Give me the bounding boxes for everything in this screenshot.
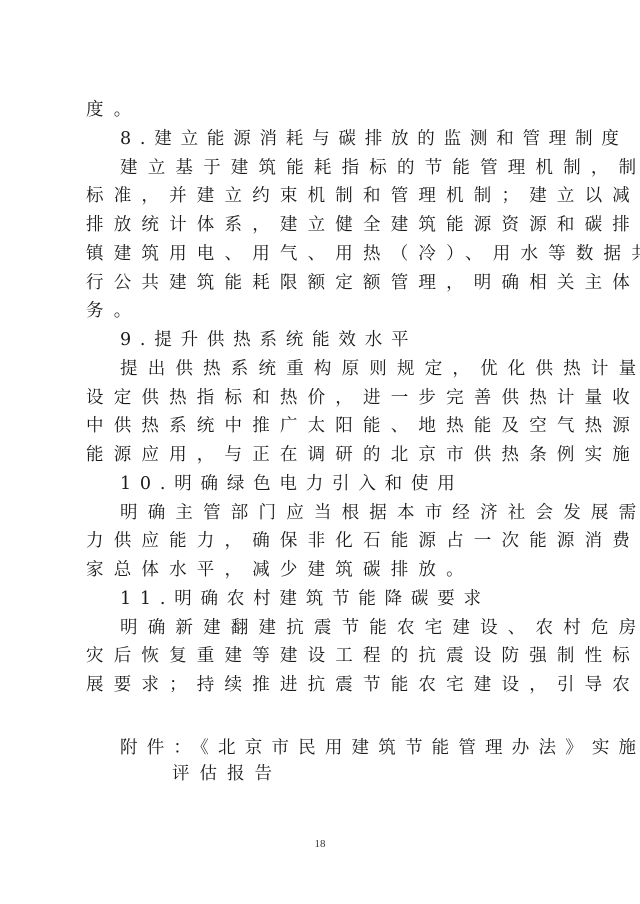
document-page: 度。 8.建立能源消耗与碳排放的监测和管理制度 建立基于建筑能耗指标的节能管理机… xyxy=(0,0,640,904)
page-number: 18 xyxy=(0,838,640,850)
text-line: 度。 xyxy=(86,100,566,120)
paragraph-line: 家总体水平，减少建筑碳排放。 xyxy=(86,560,566,580)
paragraph-line: 标准，并建立约束机制和管理机制；建立以减碳为核心的建筑碳 xyxy=(86,186,566,206)
paragraph-line: 建立基于建筑能耗指标的节能管理机制，制定我市建筑能耗 xyxy=(120,158,600,178)
paragraph-line: 中供热系统中推广太阳能、地热能及空气热源等新能源和可再生 xyxy=(86,416,566,436)
paragraph-line: 行公共建筑能耗限额定额管理，明确相关主体配合提供数据的义 xyxy=(86,273,566,293)
attachment-title: 附件：《北京市民用建筑节能管理办法》实施效果 xyxy=(120,738,600,758)
paragraph-line: 镇建筑用电、用气、用热（冷）、用水等数据共享机制；推广实 xyxy=(86,244,566,264)
section-heading-11: 11.明确农村建筑节能降碳要求 xyxy=(120,589,600,609)
paragraph-line: 务。 xyxy=(86,301,566,321)
section-heading-9: 9.提升供热系统能效水平 xyxy=(120,330,600,350)
paragraph-line: 明确主管部门应当根据本市经济社会发展需要，提升绿色电 xyxy=(120,503,600,523)
section-heading-10: 10.明确绿色电力引入和使用 xyxy=(120,474,600,494)
paragraph-line: 展要求；持续推进抗震节能农宅建设，引导农民建设宜居住房。 xyxy=(86,675,566,695)
paragraph-line: 灾后恢复重建等建设工程的抗震设防强制性标准和绿色建筑发 xyxy=(86,646,566,666)
paragraph-line: 明确新建翻建抗震节能农宅建设、农村危房改造、移民搬迁、 xyxy=(120,618,600,638)
attachment-title-continued: 评估报告 xyxy=(172,764,640,784)
paragraph-line: 提出供热系统重构原则规定，优化供热计量技术路线，科学 xyxy=(120,359,600,379)
section-heading-8: 8.建立能源消耗与碳排放的监测和管理制度 xyxy=(120,129,600,149)
paragraph-line: 设定供热指标和热价，进一步完善供热计量收费制度；提出在集 xyxy=(86,388,566,408)
paragraph-line: 能源应用，与正在调研的北京市供热条例实施有效对接。 xyxy=(86,445,566,465)
paragraph-line: 排放统计体系，建立健全建筑能源资源和碳排放统计制度，及城 xyxy=(86,215,566,235)
paragraph-line: 力供应能力，确保非化石能源占一次能源消费比重不低于同期国 xyxy=(86,531,566,551)
